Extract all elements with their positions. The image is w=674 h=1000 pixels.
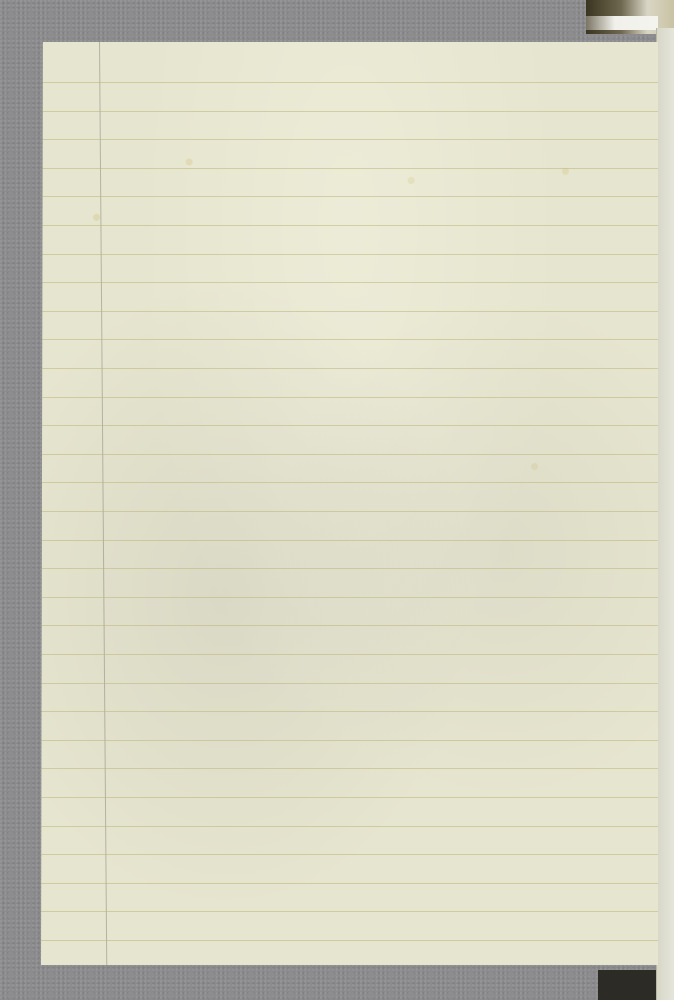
- ruled-line: [41, 797, 658, 798]
- ruled-line: [41, 683, 658, 684]
- ruled-line: [41, 311, 658, 312]
- ruled-line: [41, 597, 658, 598]
- ruled-line: [41, 196, 658, 197]
- ruled-line: [41, 139, 658, 140]
- ruled-line: [41, 654, 658, 655]
- ruled-line: [41, 740, 658, 741]
- ruled-line: [41, 339, 658, 340]
- ruled-line: [41, 254, 658, 255]
- ruled-line: [41, 511, 658, 512]
- ruled-line: [41, 854, 658, 855]
- ruled-line: [41, 883, 658, 884]
- underlying-sheet-edge: [656, 28, 674, 1000]
- ruled-line: [41, 168, 658, 169]
- ruled-line: [41, 225, 658, 226]
- ruled-line: [41, 454, 658, 455]
- ruled-line: [41, 425, 658, 426]
- ruled-line: [41, 711, 658, 712]
- ruled-line: [41, 625, 658, 626]
- ruled-line: [41, 911, 658, 912]
- ruled-line: [41, 540, 658, 541]
- ruled-line: [41, 111, 658, 112]
- ruled-line: [41, 482, 658, 483]
- ruled-line: [41, 568, 658, 569]
- ruled-line: [41, 397, 658, 398]
- ruled-line: [41, 768, 658, 769]
- ruled-line: [41, 940, 658, 941]
- lined-paper-sheet: [41, 42, 658, 965]
- ruled-line: [41, 368, 658, 369]
- white-strip: [586, 16, 658, 30]
- ruled-line: [41, 82, 658, 83]
- ruled-line: [41, 826, 658, 827]
- ruled-line: [41, 282, 658, 283]
